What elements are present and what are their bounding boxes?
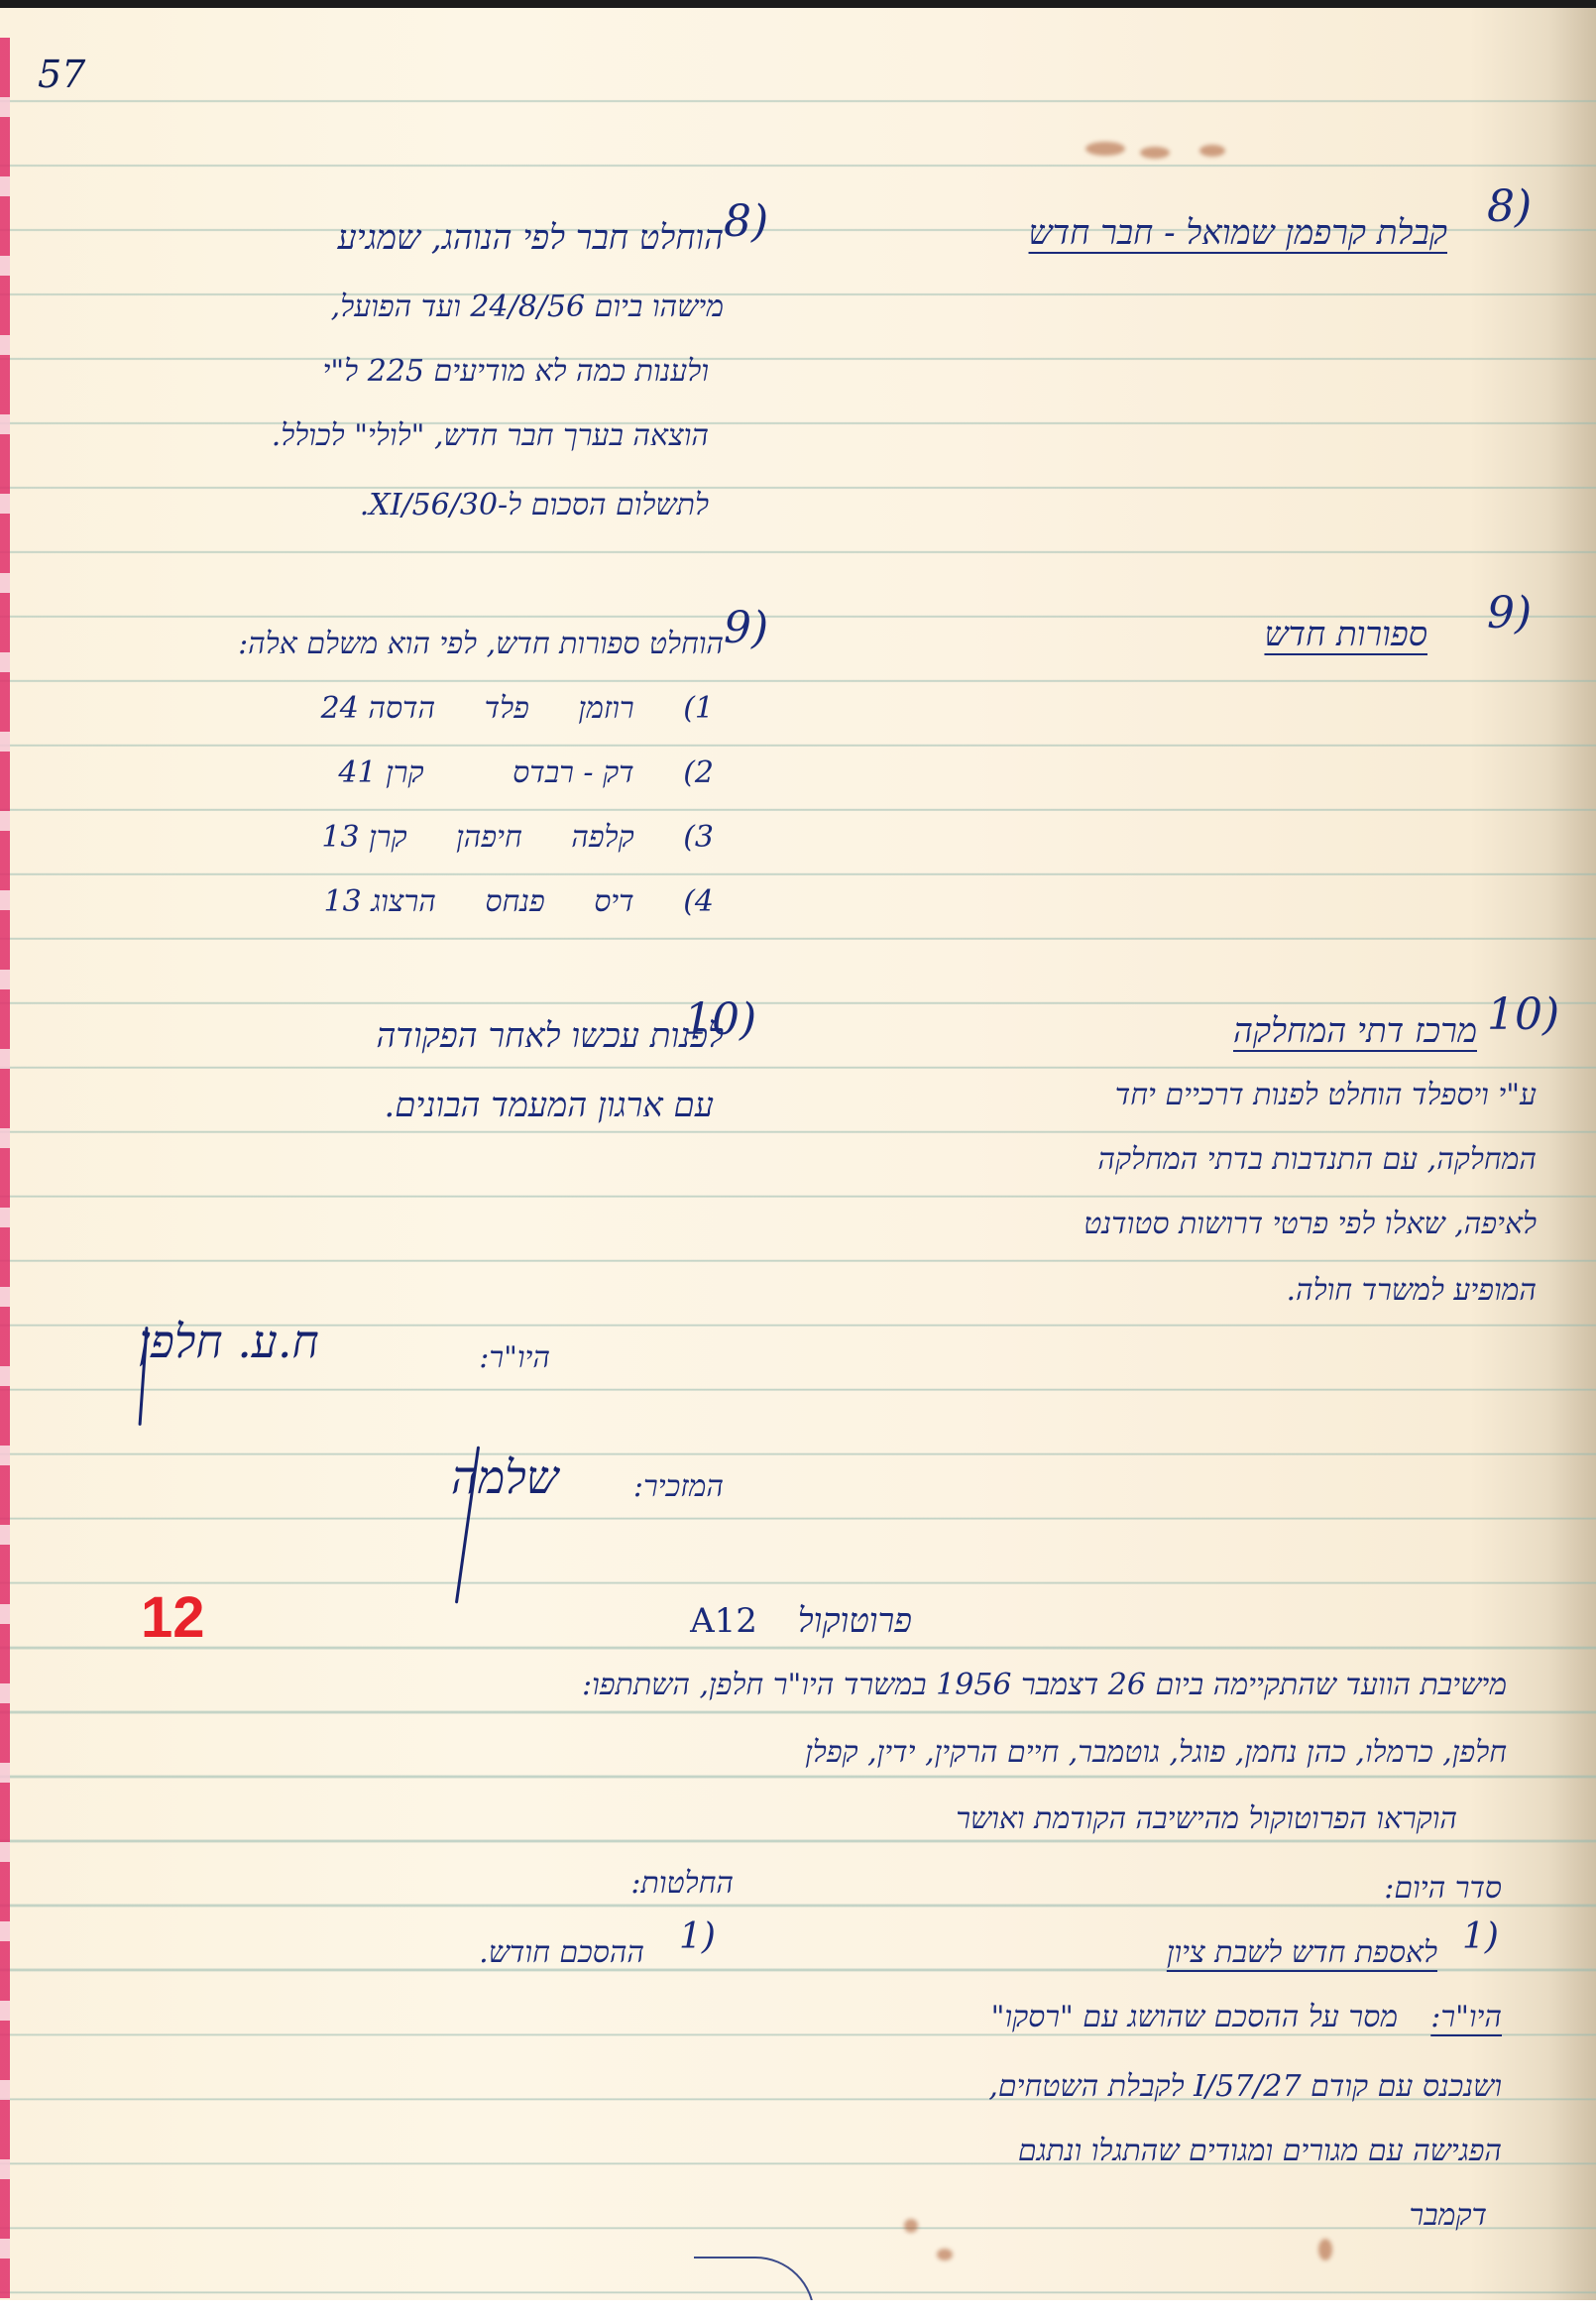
list-item: 3) קלפה חיפהן קרן 13 [321,806,714,869]
protocol-title: פרוטוקול A12 [690,1589,912,1653]
item-marker: 1) [1462,1916,1499,1957]
right-item10-line: לאיפה, שאלו לפי פרטי דרושות סטודנט [1083,1193,1537,1256]
page-number: 57 [38,53,85,96]
item-marker: 9) [724,603,768,653]
list-item-place: הדסה 24 [321,691,435,726]
left-item8-line: מישהו ביום 24/8/56 ועד הפועל, [331,276,724,339]
rust-spot [904,2219,918,2233]
list-item-name: רוזמן [578,691,633,726]
item-marker: 9) [1487,588,1532,638]
item-marker: 10) [1487,989,1559,1040]
item-marker: 1) [679,1916,716,1957]
stamp-page-label: 12 [141,1584,205,1651]
left-item10-line: עם ארגון המעמד הבונים. [384,1074,714,1137]
right-item10-line: ע"י ויספלד הוחלט לפנות דרכיים יחד [1115,1064,1537,1127]
list-item: 1) רוזמן פלד הדסה 24 [321,677,714,741]
agenda-item-1: לאספת חדש לשבת ציון [1167,1921,1437,1985]
chair-label: היו"ר: [479,1327,550,1390]
margin-binding-strip [0,38,10,2298]
pen-curve-mark [694,2257,815,2300]
rust-spot [937,2249,953,2260]
left-item8-line: הוחלט חבר לפי הנוהג, שמגיע [338,206,725,270]
right-item10-line: המחלקה, עם התנדבות בדתי המחלקה [1097,1128,1537,1192]
chair-remarks-label: היו"ר: [1430,1986,1502,2049]
protocol-line: חלפן, כרמלו, כהן נחמן, פוגל, גוטמבר, חיי… [805,1721,1507,1785]
ink-stain [1199,145,1225,157]
decisions-label: החלטות: [630,1852,734,1915]
list-item-detail: חיפהן [456,820,522,855]
protocol-line: מישיבת הוועד שהתקיימה ביום 26 דצמבר 1956… [582,1654,1507,1717]
list-item-place: קרן 13 [321,820,406,855]
list-item-number: 2) [683,755,714,790]
rust-spot [1318,2239,1332,2260]
left-item8-line: ולענות כמה לא מודיעים 225 ל"י [323,340,710,404]
right-item10-line: המופיע למשרד חולה. [1286,1259,1537,1323]
list-item: 2) דק - רבדס קרן 41 [338,742,714,805]
scan-top-edge [0,0,1596,8]
chair-remarks-line: מסר על ההסכם שהושג עם "רסקו" [991,1986,1398,2049]
chair-remarks-line: ושנכנס עם קודם 27/I/57 לקבלת השטחים, [988,2055,1502,2119]
ink-stain [1140,147,1170,159]
protocol-title-text: פרוטוקול [798,1601,912,1641]
right-item8-heading: קבלת קרפמן שמואל - חבר חדש [1029,201,1447,265]
list-item-place: הרצוג 13 [323,884,435,919]
secretary-label: המזכיר: [633,1455,724,1519]
notebook-page: 57 8) קבלת קרפמן שמואל - חבר חדש 9) ספור… [0,8,1596,2300]
ink-stain [1085,142,1125,156]
list-item-number: 4) [683,884,714,919]
chair-signature: ח.ע. חלפן [139,1315,319,1368]
list-item-number: 3) [683,820,714,855]
left-item10-line: לפנות עכשו לאחר הפקודה [377,1004,725,1068]
list-item-name: דק - רבדס [513,755,634,790]
protocol-line: הוקראו הפרוטוקול מהישיבה הקודמת ואושר [956,1788,1457,1851]
item-marker: 8) [724,196,768,247]
left-item9-intro: הוחלט ספורות חדש, לפי הוא משלם אלה: [238,613,724,676]
list-item: 4) דיס פנחס הרצוג 13 [323,870,714,934]
chair-remarks-line: הפגישה עם מגורים ומגודים שהתגלו ונתגם [1018,2120,1502,2183]
right-item9-heading: ספורות חדש [1264,603,1427,666]
agenda-label: סדר היום: [1384,1857,1502,1920]
chair-remarks-line: דקמבר [1409,2184,1487,2248]
left-item8-line: הוצאה בערך חבר חדש, "לולי" לכולל. [272,405,709,468]
list-item-place: קרן 41 [338,755,423,790]
right-item10-heading: מרכז דתי המחלקה [1233,999,1477,1063]
decision-1: ההסכם חודש. [479,1921,644,1985]
list-item-detail: פלד [485,691,529,726]
item-marker: 8) [1487,181,1532,232]
list-item-name: קלפה [571,820,633,855]
secretary-signature: שלמה [451,1450,558,1504]
list-item-number: 1) [683,691,714,726]
list-item-detail: פנחס [485,884,544,919]
left-item8-line: לתשלום הסכום ל-30/XI/56. [360,474,709,537]
protocol-code: A12 [690,1601,757,1641]
list-item-name: דיס [594,884,633,919]
